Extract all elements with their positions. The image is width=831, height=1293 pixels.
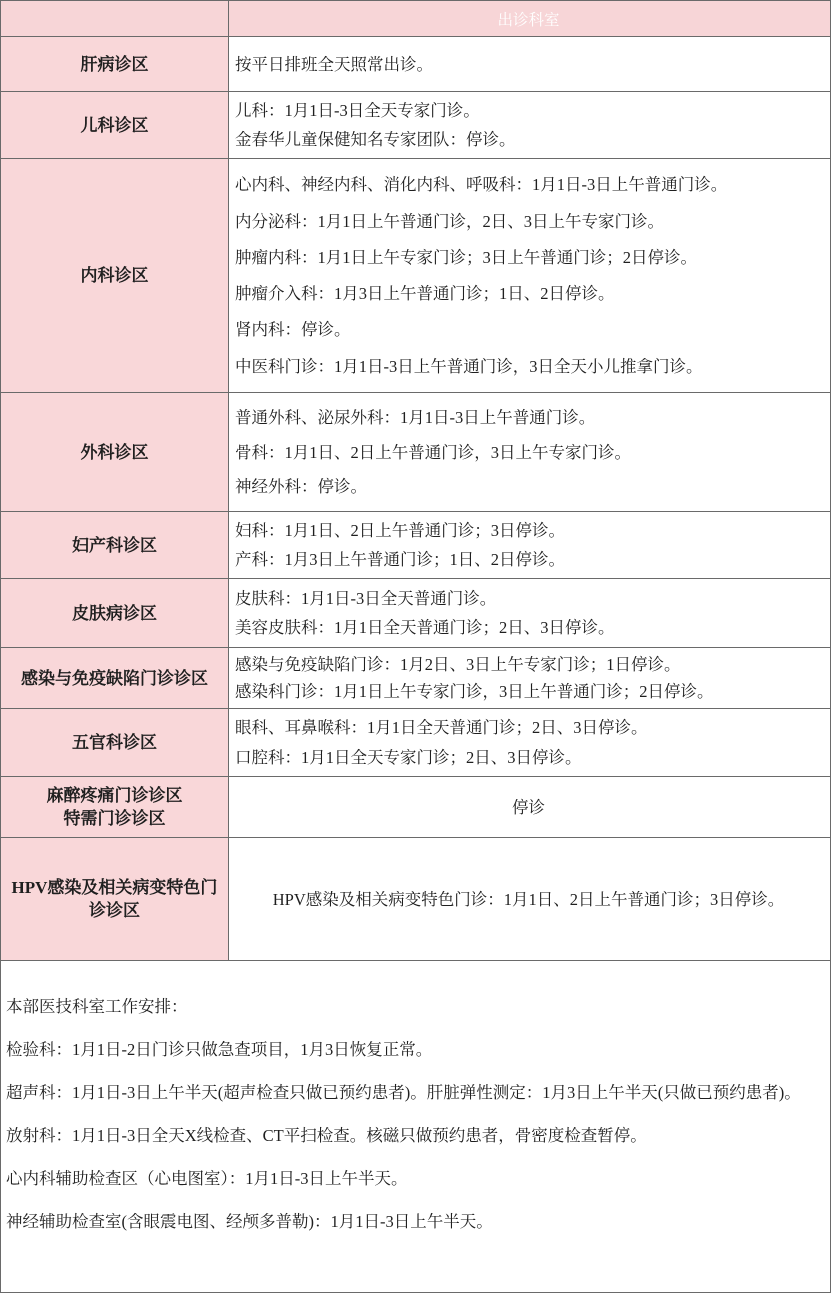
schedule-entry: HPV感染及相关病变特色门诊：1月1日、2日上午普通门诊；3日停诊。 <box>273 889 785 910</box>
column-header-outpatient-dept: 出诊科室 <box>229 1 830 36</box>
schedule-entry: 感染与免疫缺陷门诊：1月2日、3日上午专家门诊；1日停诊。 <box>235 654 822 675</box>
header-row: 出诊科室 <box>1 1 830 37</box>
header-area-cell <box>1 1 229 36</box>
area-label: 肝病诊区 <box>1 37 229 91</box>
schedule-cell: 皮肤科：1月1日-3日全天普通门诊。 美容皮肤科：1月1日全天普通门诊；2日、3… <box>229 579 830 647</box>
schedule-entry: 停诊 <box>512 797 545 818</box>
schedule-entry: 妇科：1月1日、2日上午普通门诊；3日停诊。 <box>235 520 822 541</box>
medtech-note-ecg: 心内科辅助检查区（心电图室）：1月1日-3日上午半天。 <box>6 1168 820 1190</box>
schedule-entry: 肿瘤内科：1月1日上午专家门诊；3日上午普通门诊；2日停诊。 <box>235 247 822 268</box>
schedule-entry: 美容皮肤科：1月1日全天普通门诊；2日、3日停诊。 <box>235 617 822 638</box>
schedule-page: 出诊科室 肝病诊区 按平日排班全天照常出诊。 儿科诊区 儿科：1月1日-3日全天… <box>0 0 831 1293</box>
schedule-entry: 中医科门诊：1月1日-3日上午普通门诊，3日全天小儿推拿门诊。 <box>235 356 822 377</box>
table-row-anesthesia-pain-vip-clinic: 麻醉疼痛门诊诊区 特需门诊诊区 停诊 <box>1 777 830 838</box>
area-label: 外科诊区 <box>1 393 229 511</box>
area-label: 五官科诊区 <box>1 709 229 776</box>
schedule-entry: 神经外科：停诊。 <box>235 476 822 497</box>
schedule-cell: 普通外科、泌尿外科：1月1日-3日上午普通门诊。 骨科：1月1日、2日上午普通门… <box>229 393 830 511</box>
area-label: 妇产科诊区 <box>1 512 229 578</box>
table-row-infection-immunodeficiency-clinic: 感染与免疫缺陷门诊诊区 感染与免疫缺陷门诊：1月2日、3日上午专家门诊；1日停诊… <box>1 648 830 709</box>
schedule-entry: 心内科、神经内科、消化内科、呼吸科：1月1日-3日上午普通门诊。 <box>235 174 822 195</box>
schedule-entry: 产科：1月3日上午普通门诊；1日、2日停诊。 <box>235 549 822 570</box>
schedule-table: 出诊科室 肝病诊区 按平日排班全天照常出诊。 儿科诊区 儿科：1月1日-3日全天… <box>0 0 831 1293</box>
medtech-note-neuro-aux: 神经辅助检查室(含眼震电图、经颅多普勒)：1月1日-3日上午半天。 <box>6 1211 820 1233</box>
schedule-cell: 心内科、神经内科、消化内科、呼吸科：1月1日-3日上午普通门诊。 内分泌科：1月… <box>229 159 830 392</box>
table-row-internal-medicine-clinic: 内科诊区 心内科、神经内科、消化内科、呼吸科：1月1日-3日上午普通门诊。 内分… <box>1 159 830 393</box>
schedule-entry: 眼科、耳鼻喉科：1月1日全天普通门诊；2日、3日停诊。 <box>235 717 822 738</box>
schedule-cell: 妇科：1月1日、2日上午普通门诊；3日停诊。 产科：1月3日上午普通门诊；1日、… <box>229 512 830 578</box>
area-label-line2: 特需门诊诊区 <box>64 807 166 830</box>
medtech-notes-title: 本部医技科室工作安排： <box>6 996 820 1018</box>
schedule-cell: 按平日排班全天照常出诊。 <box>229 37 830 91</box>
schedule-entry: 按平日排班全天照常出诊。 <box>235 54 822 75</box>
medtech-note-ultrasound: 超声科：1月1日-3日上午半天(超声检查只做已预约患者)。肝脏弹性测定：1月3日… <box>6 1082 820 1104</box>
medtech-note-radiology: 放射科：1月1日-3日全天X线检查、CT平扫检查。核磁只做预约患者，骨密度检查暂… <box>6 1125 820 1147</box>
table-row-surgery-clinic: 外科诊区 普通外科、泌尿外科：1月1日-3日上午普通门诊。 骨科：1月1日、2日… <box>1 393 830 512</box>
area-label: 内科诊区 <box>1 159 229 392</box>
schedule-entry: 儿科：1月1日-3日全天专家门诊。 <box>235 100 822 121</box>
area-label: 感染与免疫缺陷门诊诊区 <box>1 648 229 708</box>
medtech-notes-section: 本部医技科室工作安排： 检验科：1月1日-2日门诊只做急查项目，1月3日恢复正常… <box>1 961 830 1291</box>
schedule-entry: 肿瘤介入科：1月3日上午普通门诊；1日、2日停诊。 <box>235 283 822 304</box>
schedule-cell: 停诊 <box>229 777 830 837</box>
area-label: 麻醉疼痛门诊诊区 特需门诊诊区 <box>1 777 229 837</box>
area-label: 儿科诊区 <box>1 92 229 158</box>
schedule-entry: 骨科：1月1日、2日上午普通门诊，3日上午专家门诊。 <box>235 442 822 463</box>
schedule-cell: 感染与免疫缺陷门诊：1月2日、3日上午专家门诊；1日停诊。 感染科门诊：1月1日… <box>229 648 830 708</box>
schedule-cell: 眼科、耳鼻喉科：1月1日全天普通门诊；2日、3日停诊。 口腔科：1月1日全天专家… <box>229 709 830 776</box>
area-label: HPV感染及相关病变特色门诊诊区 <box>1 838 229 960</box>
schedule-entry: 金春华儿童保健知名专家团队：停诊。 <box>235 129 822 150</box>
schedule-cell: HPV感染及相关病变特色门诊：1月1日、2日上午普通门诊；3日停诊。 <box>229 838 830 960</box>
medtech-note-lab: 检验科：1月1日-2日门诊只做急查项目，1月3日恢复正常。 <box>6 1039 820 1061</box>
table-row-pediatrics-clinic: 儿科诊区 儿科：1月1日-3日全天专家门诊。 金春华儿童保健知名专家团队：停诊。 <box>1 92 830 159</box>
schedule-entry: 普通外科、泌尿外科：1月1日-3日上午普通门诊。 <box>235 407 822 428</box>
schedule-entry: 内分泌科：1月1日上午普通门诊，2日、3日上午专家门诊。 <box>235 211 822 232</box>
table-row-hpv-clinic: HPV感染及相关病变特色门诊诊区 HPV感染及相关病变特色门诊：1月1日、2日上… <box>1 838 830 961</box>
table-row-ent-eye-clinic: 五官科诊区 眼科、耳鼻喉科：1月1日全天普通门诊；2日、3日停诊。 口腔科：1月… <box>1 709 830 777</box>
table-row-obgyn-clinic: 妇产科诊区 妇科：1月1日、2日上午普通门诊；3日停诊。 产科：1月3日上午普通… <box>1 512 830 579</box>
schedule-entry: 肾内科：停诊。 <box>235 319 822 340</box>
schedule-cell: 儿科：1月1日-3日全天专家门诊。 金春华儿童保健知名专家团队：停诊。 <box>229 92 830 158</box>
schedule-entry: 感染科门诊：1月1日上午专家门诊，3日上午普通门诊；2日停诊。 <box>235 681 822 702</box>
schedule-entry: 皮肤科：1月1日-3日全天普通门诊。 <box>235 588 822 609</box>
area-label-line1: 麻醉疼痛门诊诊区 <box>47 784 183 807</box>
table-row-dermatology-clinic: 皮肤病诊区 皮肤科：1月1日-3日全天普通门诊。 美容皮肤科：1月1日全天普通门… <box>1 579 830 648</box>
area-label: 皮肤病诊区 <box>1 579 229 647</box>
table-row-liver-clinic: 肝病诊区 按平日排班全天照常出诊。 <box>1 37 830 92</box>
schedule-entry: 口腔科：1月1日全天专家门诊；2日、3日停诊。 <box>235 747 822 768</box>
